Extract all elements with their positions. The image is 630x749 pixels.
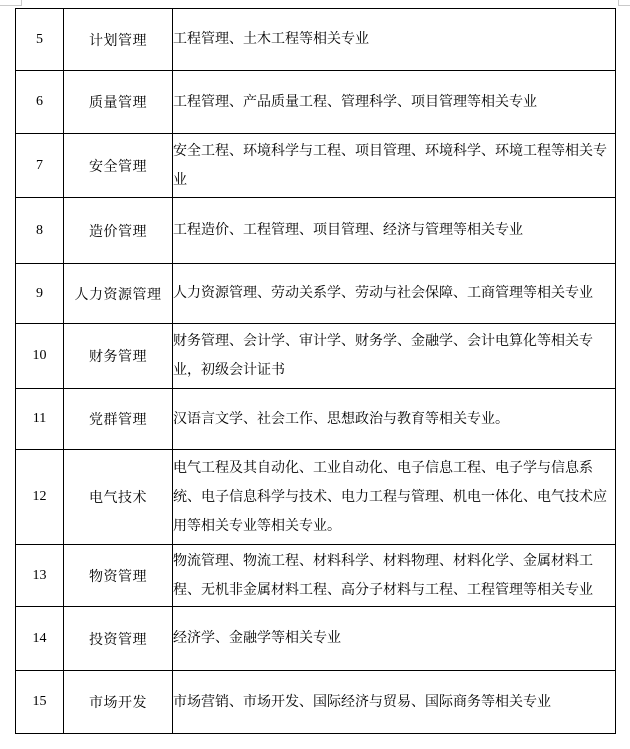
majors-cell: 物流管理、物流工程、材料科学、材料物理、材料化学、金属材料工程、无机非金属材料工… [173,545,616,607]
table-row: 15 市场开发 市场营销、市场开发、国际经济与贸易、国际商务等相关专业 [16,671,616,734]
table-row: 5 计划管理 工程管理、土木工程等相关专业 [16,9,616,71]
position-cell: 财务管理 [64,324,173,389]
row-number-cell: 5 [16,9,64,71]
row-number-cell: 13 [16,545,64,607]
majors-cell: 经济学、金融学等相关专业 [173,607,616,671]
position-cell: 电气技术 [64,450,173,545]
row-number-cell: 10 [16,324,64,389]
table-row: 12 电气技术 电气工程及其自动化、工业自动化、电子信息工程、电子学与信息系统、… [16,450,616,545]
majors-cell: 安全工程、环境科学与工程、项目管理、环境科学、环境工程等相关专业 [173,134,616,198]
position-cell: 造价管理 [64,198,173,264]
row-number-cell: 11 [16,389,64,450]
table-row: 13 物资管理 物流管理、物流工程、材料科学、材料物理、材料化学、金属材料工程、… [16,545,616,607]
table-row: 7 安全管理 安全工程、环境科学与工程、项目管理、环境科学、环境工程等相关专业 [16,134,616,198]
position-cell: 质量管理 [64,71,173,134]
row-number-cell: 7 [16,134,64,198]
page-corner-mark-top-right [618,5,630,6]
table-row: 8 造价管理 工程造价、工程管理、项目管理、经济与管理等相关专业 [16,198,616,264]
page-corner-mark-top-left [21,0,22,6]
row-number-cell: 12 [16,450,64,545]
position-cell: 市场开发 [64,671,173,734]
majors-cell: 工程管理、产品质量工程、管理科学、项目管理等相关专业 [173,71,616,134]
document-page: { "colors": { "background": "#ffffff", "… [0,0,630,749]
majors-cell: 工程管理、土木工程等相关专业 [173,9,616,71]
majors-cell: 市场营销、市场开发、国际经济与贸易、国际商务等相关专业 [173,671,616,734]
majors-cell: 工程造价、工程管理、项目管理、经济与管理等相关专业 [173,198,616,264]
position-cell: 计划管理 [64,9,173,71]
position-cell: 物资管理 [64,545,173,607]
majors-cell: 汉语言文学、社会工作、思想政治与教育等相关专业。 [173,389,616,450]
table-row: 11 党群管理 汉语言文学、社会工作、思想政治与教育等相关专业。 [16,389,616,450]
table-row: 14 投资管理 经济学、金融学等相关专业 [16,607,616,671]
table-row: 10 财务管理 财务管理、会计学、审计学、财务学、金融学、会计电算化等相关专业，… [16,324,616,389]
position-cell: 投资管理 [64,607,173,671]
majors-cell: 电气工程及其自动化、工业自动化、电子信息工程、电子学与信息系统、电子信息科学与技… [173,450,616,545]
majors-cell: 人力资源管理、劳动关系学、劳动与社会保障、工商管理等相关专业 [173,264,616,324]
row-number-cell: 8 [16,198,64,264]
position-cell: 党群管理 [64,389,173,450]
table-row: 9 人力资源管理 人力资源管理、劳动关系学、劳动与社会保障、工商管理等相关专业 [16,264,616,324]
majors-cell: 财务管理、会计学、审计学、财务学、金融学、会计电算化等相关专业，初级会计证书 [173,324,616,389]
row-number-cell: 9 [16,264,64,324]
page-corner-mark-top-left [0,5,22,6]
row-number-cell: 14 [16,607,64,671]
positions-majors-table: 5 计划管理 工程管理、土木工程等相关专业 6 质量管理 工程管理、产品质量工程… [15,8,616,734]
row-number-cell: 6 [16,71,64,134]
position-cell: 安全管理 [64,134,173,198]
position-cell: 人力资源管理 [64,264,173,324]
row-number-cell: 15 [16,671,64,734]
table-row: 6 质量管理 工程管理、产品质量工程、管理科学、项目管理等相关专业 [16,71,616,134]
